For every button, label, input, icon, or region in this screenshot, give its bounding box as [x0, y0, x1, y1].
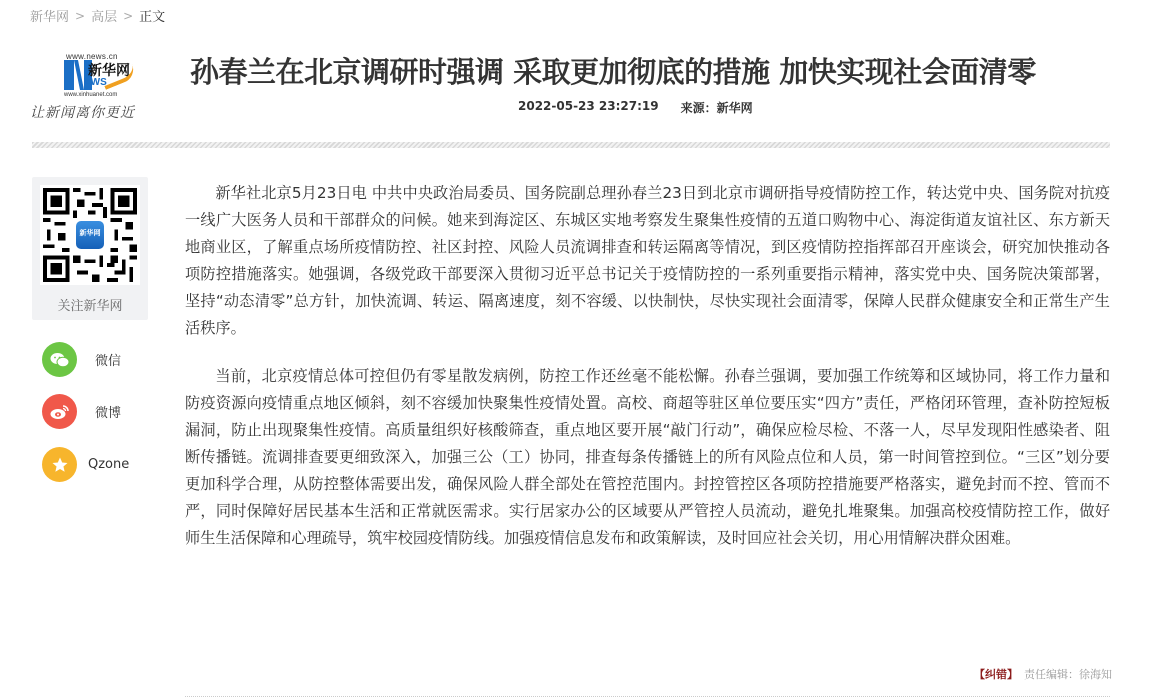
- logo-url-bottom: www.xinhuanet.com: [64, 92, 117, 98]
- article-title: 孙春兰在北京调研时强调 采取更加彻底的措施 加快实现社会面清零: [190, 50, 1036, 91]
- xinhua-app-icon: 新华网: [76, 221, 104, 249]
- share-label: Qzone: [88, 457, 129, 472]
- breadcrumb-separator: >: [123, 9, 133, 23]
- report-error-link[interactable]: 【纠错】: [974, 666, 1018, 682]
- breadcrumb: 新华网 > 高层 > 正文: [30, 6, 165, 25]
- article-source: 来源：新华网: [681, 99, 753, 116]
- qr-label: 关注新华网: [32, 295, 148, 314]
- breadcrumb-home[interactable]: 新华网: [30, 6, 69, 25]
- header-divider: [32, 142, 1110, 148]
- logo-slogan: 让新闻离你更近: [30, 102, 135, 122]
- wechat-icon: [42, 342, 77, 377]
- source-label: 来源：: [681, 101, 717, 115]
- site-logo[interactable]: www.news.cn 新华网 EWS www.xinhuanet.com 让新…: [30, 46, 152, 124]
- share-label: 微博: [95, 402, 121, 421]
- share-wechat-button[interactable]: 微信: [42, 342, 121, 377]
- share-qzone-button[interactable]: Qzone: [42, 447, 129, 482]
- article-body: 新华社北京5月23日电 中共中央政治局委员、国务院副总理孙春兰23日到北京市调研…: [185, 180, 1110, 573]
- breadcrumb-section[interactable]: 高层: [91, 6, 117, 25]
- article-paragraph: 新华社北京5月23日电 中共中央政治局委员、国务院副总理孙春兰23日到北京市调研…: [185, 180, 1110, 342]
- qzone-icon: [42, 447, 77, 482]
- article-footer: 【纠错】 责任编辑：徐海知: [974, 666, 1112, 682]
- qr-code: 新华网: [40, 185, 140, 285]
- article-datetime: 2022-05-23 23:27:19: [518, 99, 659, 116]
- article-meta: 2022-05-23 23:27:19 来源：新华网: [518, 99, 753, 116]
- share-label: 微信: [95, 350, 121, 369]
- breadcrumb-current: 正文: [139, 6, 165, 25]
- editor-name: 徐海知: [1079, 668, 1112, 681]
- qr-follow-box: 新华网 关注新华网: [32, 177, 148, 320]
- footer-divider: [185, 696, 1110, 697]
- weibo-icon: [42, 394, 77, 429]
- logo-n-mark: [74, 60, 84, 90]
- share-weibo-button[interactable]: 微博: [42, 394, 121, 429]
- article-paragraph: 当前，北京疫情总体可控但仍有零星散发病例，防控工作还丝毫不能松懈。孙春兰强调，要…: [185, 363, 1110, 552]
- source-name: 新华网: [717, 101, 753, 115]
- editor-label: 责任编辑：: [1024, 668, 1079, 681]
- breadcrumb-separator: >: [75, 9, 85, 23]
- logo-n-mark: [64, 60, 74, 90]
- editor-info: 责任编辑：徐海知: [1024, 666, 1112, 682]
